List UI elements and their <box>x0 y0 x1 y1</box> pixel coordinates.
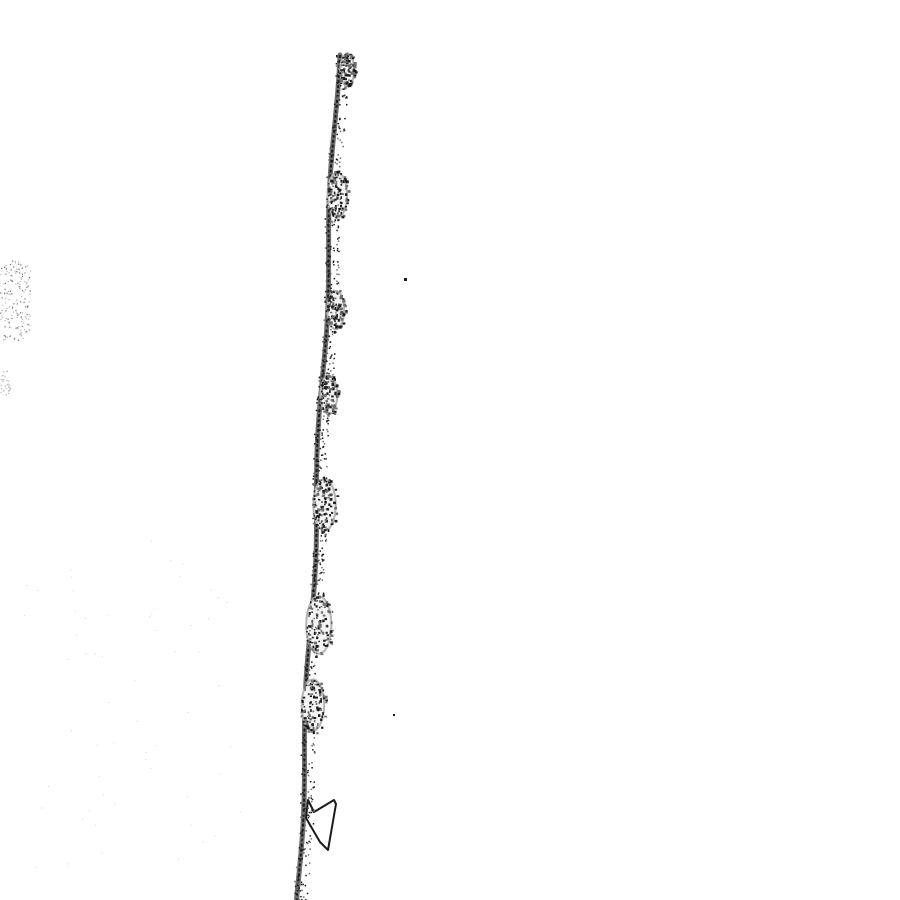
stem-image <box>0 0 900 900</box>
